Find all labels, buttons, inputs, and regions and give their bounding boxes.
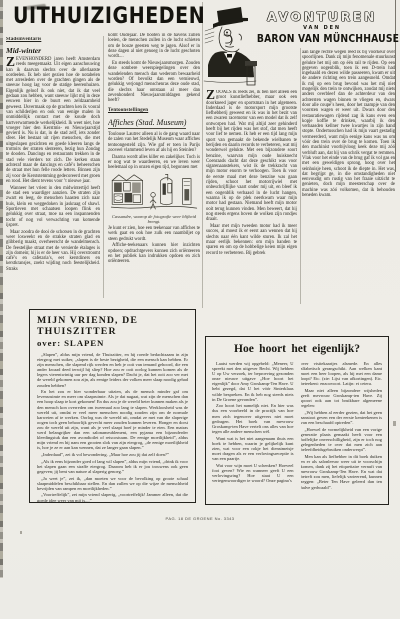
title-van-den: VAN DEN: [248, 25, 396, 31]
section-kicker: Stadsinventaris: [6, 37, 100, 43]
paragraph: „Hoewel de vormelijkheid van een vorige …: [301, 427, 383, 452]
box-columns: Laatst werden wij opgebeld: „Meneer, U s…: [212, 361, 382, 499]
paragraph: over visitekaartjes alsmede. En alles al…: [301, 361, 383, 386]
paragraph: „Wij hebben al eerder gezien, dat het ge…: [301, 410, 383, 425]
paragraph: En steeds komt de Nieuwjaarsmorgen. Zoud…: [108, 61, 200, 103]
paragraph: Maar niet alleen bijzondere wijsheden ge…: [301, 388, 383, 408]
paragraph-text: EVENHONDERD jaren heeft Amsterdam reeds …: [6, 57, 100, 184]
paragraph: „Ja weet je”, zei ik, „dan moeten we voo…: [37, 476, 188, 491]
box-body: „Slapen”, aldus mijn vriend, de Thuiszit…: [37, 352, 188, 504]
paragraph: Laatst werden wij opgebeld: „Meneer, U s…: [212, 361, 294, 402]
paragraph: „Inderdaad”, zei ik vol bewondering. „Ma…: [37, 452, 188, 457]
paragraph: Wat voor wijn moet U schenken? Hoeveel f…: [212, 463, 294, 483]
paragraph: komt Oudejaar. De booten in de havens zu…: [108, 33, 200, 59]
paragraph: Daarna wordt alles killer en zakelijker.…: [108, 155, 200, 171]
paragraph: „Voortreffelijk”, zei mijn vriend slaper…: [37, 492, 188, 502]
paragraph: ZEVENHONDERD jaren heeft Amsterdam reeds…: [6, 57, 100, 184]
scan-edge-right-dash-artifact: [393, 421, 396, 426]
drop-cap: Z: [206, 90, 215, 101]
article-heading-affiches: Affiches (Stad. Museum): [108, 118, 186, 129]
paragraph: Wanneer het vriest in den midwintertijd …: [6, 186, 100, 228]
left-article-column-1: Stadsinventaris Mid-winter ZEVENHONDERD …: [6, 37, 100, 301]
section-kicker: Tentoonstellingen: [108, 108, 200, 114]
page-footer: PAG. 18 DE GROENE No. 3343: [0, 516, 400, 521]
illustration-caption: Cassandre, waarop de fotografie weer bli…: [108, 214, 200, 224]
box-title-mijn-vriend: MIJN VRIEND, DE THUISZITTER: [37, 315, 188, 337]
column-rule: [103, 36, 104, 298]
box-column-1: Laatst werden wij opgebeld: „Meneer, U s…: [212, 361, 294, 499]
masthead-title: UITHUIZIGHEDEN: [13, 2, 205, 28]
paragraph: „Als ik eens bijzonder goed of lang wil …: [37, 459, 188, 474]
baron-article-title: AVONTUREN VAN DEN BARON VAN MÜNCHHAUSEN …: [248, 9, 396, 45]
paragraph: „Slapen”, aldus mijn vriend, de Thuiszit…: [37, 352, 188, 388]
article-heading-midwinter: Mid-winter: [6, 46, 100, 55]
boxed-article-slapen: MIJN VRIEND, DE THUISZITTER over: SLAPEN…: [29, 309, 196, 503]
paragraph: aan lange rechte wegen reed ik bij voork…: [302, 50, 395, 198]
paragraph: Toulouse Lautrec alleen al is de gang wa…: [108, 132, 200, 153]
newspaper-page: UITHUIZIGHEDEN Stadsinventaris Mid-winte…: [0, 0, 400, 619]
paragraph: Want wat is het niet aangenaam thuis een…: [212, 436, 294, 461]
left-article-column-2: komt Oudejaar. De booten in de havens zu…: [108, 33, 200, 303]
paragraph: Maar met mijn tweeden motor had ik meer …: [206, 224, 297, 256]
baron-article-column-2: aan lange rechte wegen reed ik bij voork…: [302, 50, 395, 305]
title-baron-van-munchhausen: BARON VAN MÜNCHHAUSEN Jr.: [257, 33, 387, 45]
scan-dot-artifact: [20, 531, 22, 534]
boxed-article-etiquette: Hoe hoort het eigenlijk? Laatst werden w…: [205, 336, 389, 505]
paragraph: En het zou er hier wonderbaar uitzien, a…: [37, 389, 188, 450]
paragraph-text: OOALS ik reeds zei, ik ben niet alleen e…: [206, 90, 297, 222]
box-title-hoe-hoort-het: Hoe hoort het eigenlijk?: [212, 343, 382, 356]
baron-article-column-1: ZOOALS ik reeds zei, ik ben niet alleen …: [206, 90, 297, 305]
paragraph: Men kan als liefhebber in dit boek duike…: [301, 454, 383, 490]
paragraph: Maar zoodra de dooi de schotsen in de gr…: [6, 230, 100, 272]
paragraph: Zoo hoort het namelijk niet. En hier was…: [212, 403, 294, 434]
paragraph: ZOOALS ik reeds zei, ik ben niet alleen …: [206, 90, 297, 222]
box-column-2: over visitekaartjes alsmede. En alles al…: [301, 361, 383, 499]
poster-exhibition-illustration: [108, 172, 200, 212]
paragraph: Je kunt er zien, hoe een teekenaar van a…: [108, 226, 200, 242]
title-avonturen: AVONTUREN: [248, 9, 396, 24]
scan-edge-left-artifact: [0, 0, 3, 578]
paragraph: Affiche-teekenaars kunnen hier inzichten…: [108, 243, 200, 264]
box-subtitle-slapen: over: SLAPEN: [37, 338, 188, 348]
drop-cap: Z: [6, 57, 15, 68]
